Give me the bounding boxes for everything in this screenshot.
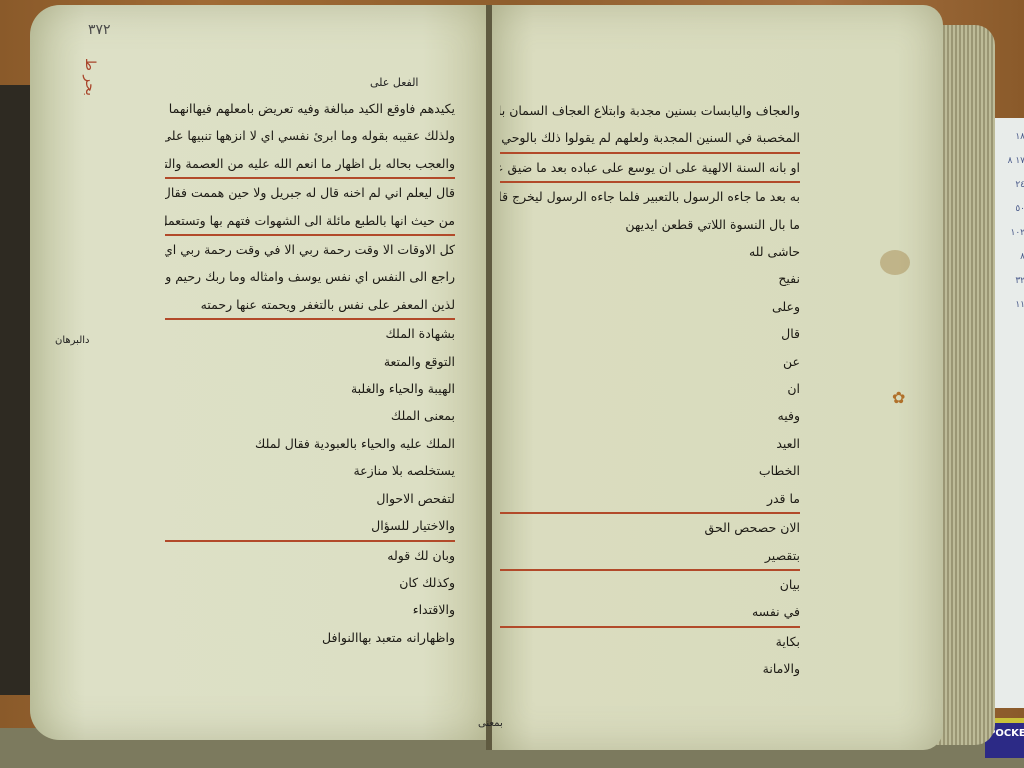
text-line: ولذلك عقيبه بقوله وما ابرئ نفسي اي لا ان… [165, 122, 455, 149]
text-line: الهيبة والحياء والغلبة [165, 375, 455, 402]
text-line: يستخلصه بلا منازعة [165, 457, 455, 484]
text-line: الان حصحص الحق [500, 512, 800, 541]
index-entry: ٨ [999, 252, 1024, 262]
book-cover [0, 85, 30, 695]
ink-stain [880, 250, 910, 275]
text-line: وبان لك قوله [165, 540, 455, 569]
text-line: او بانه السنة الالهية على ان يوسع على عب… [500, 152, 800, 181]
text-line: كل الاوقات الا وقت رحمة ربي الا في وقت ر… [165, 234, 455, 263]
index-entry: ١٨ [999, 132, 1024, 142]
text-line: لتفحص الاحوال [165, 485, 455, 512]
text-line: ان [500, 375, 800, 402]
text-line: بمعنى الملك [165, 402, 455, 429]
text-line: قال [500, 320, 800, 347]
index-entry: ١٠٢ [999, 228, 1024, 238]
page-edges [935, 25, 995, 745]
interlinear-heading: الفعل على [370, 76, 418, 89]
text-line: ما بال النسوة اللاتي قطعن ايديهن [500, 211, 800, 238]
text-line: بكاية [500, 626, 800, 655]
text-line: حاشى لله [500, 238, 800, 265]
text-line: العيد [500, 430, 800, 457]
index-entry: ٢٤ [999, 180, 1024, 190]
text-line: عن [500, 348, 800, 375]
text-line: لذين المعفر على نفس بالتغفر ويحمته عنها … [165, 291, 455, 318]
catchword: بمعنى [478, 718, 503, 729]
index-entry: ٥٠ [999, 204, 1024, 214]
text-line: وكذلك كان [165, 569, 455, 596]
text-line: من حيث انها بالطبع مائلة الى الشهوات فته… [165, 207, 455, 234]
text-line: وفيه [500, 402, 800, 429]
text-line: بيان [500, 569, 800, 598]
margin-red-note: بحر ط [82, 58, 98, 96]
text-line: الملك عليه والحياء بالعبودية فقال لملك [165, 430, 455, 457]
text-line: والاختيار للسؤال [165, 512, 455, 539]
text-line: نفيح [500, 265, 800, 292]
text-line: الخطاب [500, 457, 800, 484]
text-line: والاقتداء [165, 596, 455, 623]
text-line: قال ليعلم اني لم اخنه قال له جبريل ولا ح… [165, 177, 455, 206]
text-line: راجع الى النفس اي نفس يوسف وامثاله وما ر… [165, 263, 455, 290]
index-card: ١٨ ١٧ ٨ ٢٤ ٥٠ ١٠٢ ٨ ٣٢ ١١ [990, 118, 1024, 708]
text-line: به بعد ما جاءه الرسول بالتعبير فلما جاءه… [500, 181, 800, 210]
seal-stamp-icon: ✿ [892, 388, 905, 407]
left-page-text: يكيدهم فاوقع الكيد مبالغة وفيه تعريض بام… [165, 95, 455, 651]
right-page-text: والعجاف واليابسات بسنين مجدبة وابتلاع ال… [500, 97, 800, 683]
text-line: وعلى [500, 293, 800, 320]
text-line: في نفسه [500, 598, 800, 625]
index-entry: ١١ [999, 300, 1024, 310]
text-line: التوقع والمتعة [165, 348, 455, 375]
margin-note: دالبرهان [55, 335, 89, 346]
index-entry: ١٧ ٨ [999, 156, 1024, 166]
text-line: والامانة [500, 655, 800, 682]
text-line: المخصبة في السنين المجدبة ولعلهم لم يقول… [500, 124, 800, 151]
text-line: والعجاف واليابسات بسنين مجدبة وابتلاع ال… [500, 97, 800, 124]
book-gutter [486, 5, 492, 750]
text-line: يكيدهم فاوقع الكيد مبالغة وفيه تعريض بام… [165, 95, 455, 122]
text-line: والعجب بحاله بل اظهار ما انعم الله عليه … [165, 150, 455, 177]
text-line: ما قدر [500, 485, 800, 512]
index-entry: ٣٢ [999, 276, 1024, 286]
folio-number: ٣٧٢ [88, 22, 111, 38]
text-line: بتقصير [500, 542, 800, 569]
text-line: واظهارانه متعبد بهاالنوافل [165, 624, 455, 651]
text-line: بشهادة الملك [165, 318, 455, 347]
